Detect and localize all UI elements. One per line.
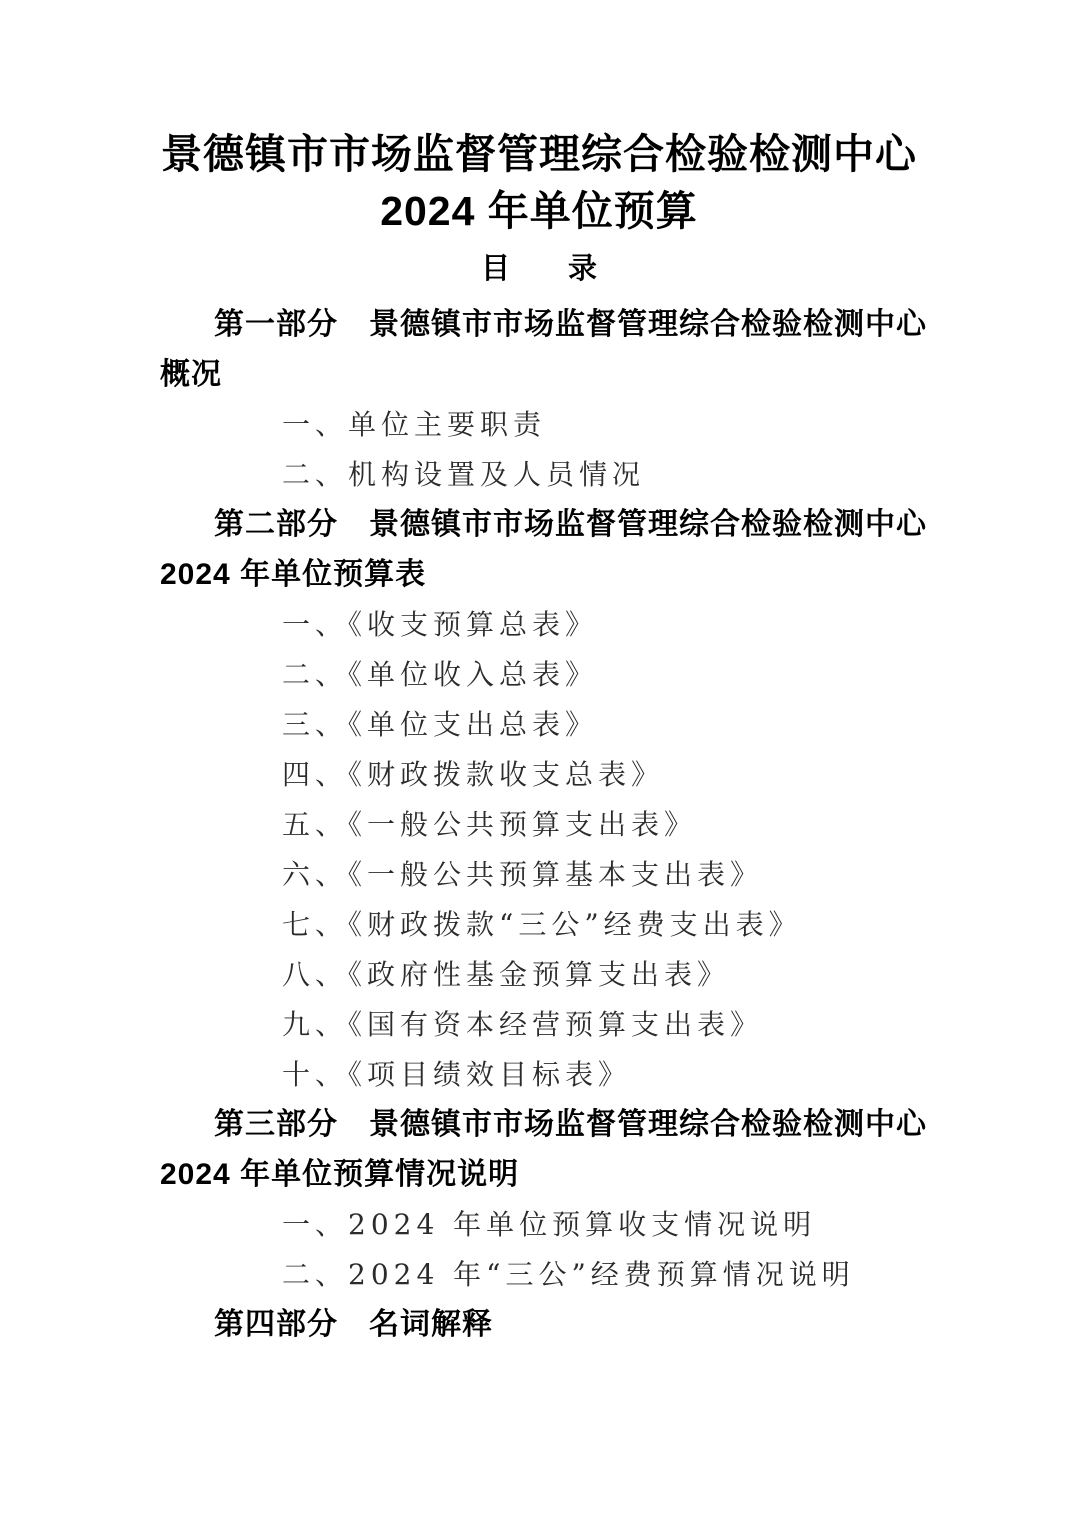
toc-item: 二、2024 年“三公”经费预算情况说明 xyxy=(160,1250,918,1300)
toc-item: 五、《一般公共预算支出表》 xyxy=(160,800,918,850)
toc-item: 一、2024 年单位预算收支情况说明 xyxy=(160,1200,918,1250)
section-3-heading-line2: 2024 年单位预算情况说明 xyxy=(160,1150,918,1200)
toc-item: 一、单位主要职责 xyxy=(160,400,918,450)
toc-item: 十、《项目绩效目标表》 xyxy=(160,1050,918,1100)
section-2-heading-line1: 第二部分 景德镇市市场监督管理综合检验检测中心 xyxy=(160,500,918,550)
toc-heading: 目 录 xyxy=(160,244,918,294)
toc-item: 四、《财政拨款收支总表》 xyxy=(160,750,918,800)
toc-item: 一、《收支预算总表》 xyxy=(160,600,918,650)
toc-item: 八、《政府性基金预算支出表》 xyxy=(160,950,918,1000)
section-1-heading-line1: 第一部分 景德镇市市场监督管理综合检验检测中心 xyxy=(160,300,918,350)
toc-item: 二、机构设置及人员情况 xyxy=(160,450,918,500)
toc-item: 七、《财政拨款“三公”经费支出表》 xyxy=(160,900,918,950)
section-1-heading-line2: 概况 xyxy=(160,350,918,400)
section-2-heading-line2: 2024 年单位预算表 xyxy=(160,550,918,600)
document-content: 景德镇市市场监督管理综合检验检测中心 2024 年单位预算 目 录 第一部分 景… xyxy=(0,0,1074,1350)
toc-body: 第一部分 景德镇市市场监督管理综合检验检测中心 概况 一、单位主要职责 二、机构… xyxy=(160,300,918,1350)
toc-item: 三、《单位支出总表》 xyxy=(160,700,918,750)
toc-item: 六、《一般公共预算基本支出表》 xyxy=(160,850,918,900)
section-4-heading-line1: 第四部分 名词解释 xyxy=(160,1300,918,1350)
toc-item: 九、《国有资本经营预算支出表》 xyxy=(160,1000,918,1050)
document-title-line1: 景德镇市市场监督管理综合检验检测中心 xyxy=(160,126,918,183)
toc-item: 二、《单位收入总表》 xyxy=(160,650,918,700)
document-page: 景德镇市市场监督管理综合检验检测中心 2024 年单位预算 目 录 第一部分 景… xyxy=(0,0,1074,1520)
document-title: 景德镇市市场监督管理综合检验检测中心 2024 年单位预算 xyxy=(160,126,918,240)
document-title-line2: 2024 年单位预算 xyxy=(160,183,918,240)
section-3-heading-line1: 第三部分 景德镇市市场监督管理综合检验检测中心 xyxy=(160,1100,918,1150)
